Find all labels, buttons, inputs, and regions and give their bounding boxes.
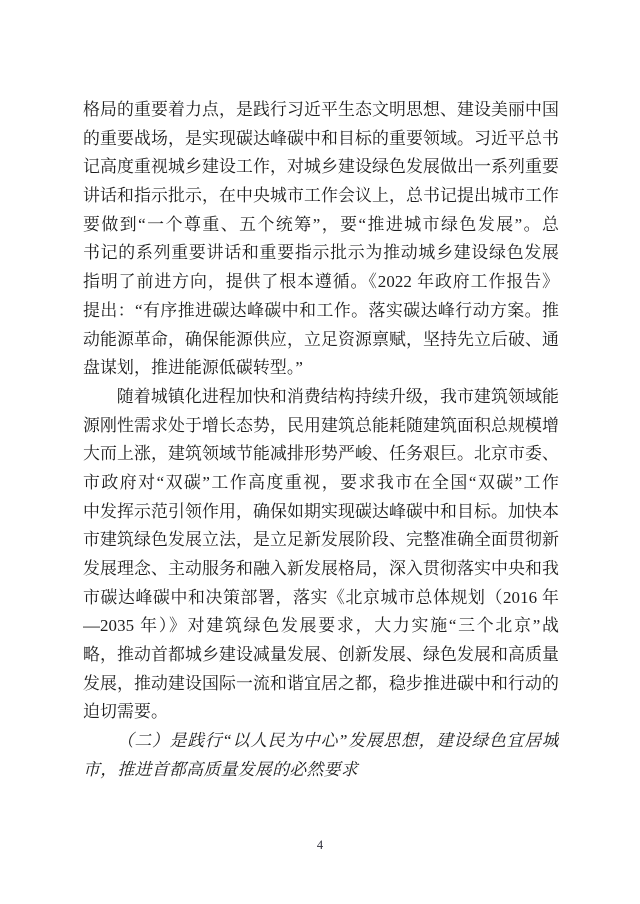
text-line: 市，推进首都高质量发展的必然要求 xyxy=(83,756,559,785)
text-line: —2035 年）》对建筑绿色发展要求，大力实施“三个北京”战 xyxy=(83,612,559,641)
text-line: 要做到“一个尊重、五个统筹”，要“推进城市绿色发展”。总 xyxy=(83,211,559,240)
document-page: 格局的重要着力点，是践行习近平生态文明思想、建设美丽中国的重要战场，是实现碳达峰… xyxy=(0,0,640,904)
text-line: 书记的系列重要讲话和重要指示批示为推动城乡建设绿色发展 xyxy=(83,239,559,268)
text-line: 迫切需要。 xyxy=(83,698,559,727)
document-body-text: 格局的重要着力点，是践行习近平生态文明思想、建设美丽中国的重要战场，是实现碳达峰… xyxy=(83,96,559,785)
page-number: 4 xyxy=(0,836,640,854)
text-line: 记高度重视城乡建设工作，对城乡建设绿色发展做出一系列重要 xyxy=(83,153,559,182)
text-line: 发展理念、主动服务和融入新发展格局，深入贯彻落实中央和我 xyxy=(83,555,559,584)
text-line: 市政府对“双碳”工作高度重视，要求我市在全国“双碳”工作 xyxy=(83,469,559,498)
text-line: 市建筑绿色发展立法，是立足新发展阶段、完整准确全面贯彻新 xyxy=(83,526,559,555)
text-line: 源刚性需求处于增长态势，民用建筑总能耗随建筑面积总规模增 xyxy=(83,412,559,441)
text-line: 格局的重要着力点，是践行习近平生态文明思想、建设美丽中国 xyxy=(83,96,559,125)
text-line: （二）是践行“以人民为中心”发展思想，建设绿色宜居城 xyxy=(83,727,559,756)
text-line: 提出：“有序推进碳达峰碳中和工作。落实碳达峰行动方案。推 xyxy=(83,297,559,326)
text-line: 大而上涨，建筑领域节能减排形势严峻、任务艰巨。北京市委、 xyxy=(83,440,559,469)
text-line: 指明了前进方向，提供了根本遵循。《2022 年政府工作报告》 xyxy=(83,268,559,297)
paragraph-urgent-need: 随着城镇化进程加快和消费结构持续升级，我市建筑领域能源刚性需求处于增长态势，民用… xyxy=(83,383,559,727)
text-line: 讲话和指示批示，在中央城市工作会议上，总书记提出城市工作 xyxy=(83,182,559,211)
text-line: 略，推动首都城乡建设减量发展、创新发展、绿色发展和高质量 xyxy=(83,641,559,670)
text-line: 盘谋划，推进能源低碳转型。” xyxy=(83,354,559,383)
text-line: 中发挥示范引领作用，确保如期实现碳达峰碳中和目标。加快本 xyxy=(83,498,559,527)
text-line: 动能源革命，确保能源供应，立足资源禀赋，坚持先立后破、通 xyxy=(83,326,559,355)
text-line: 发展，推动建设国际一流和谐宜居之都，稳步推进碳中和行动的 xyxy=(83,670,559,699)
paragraph-continuation: 格局的重要着力点，是践行习近平生态文明思想、建设美丽中国的重要战场，是实现碳达峰… xyxy=(83,96,559,383)
text-line: 市碳达峰碳中和决策部署，落实《北京城市总体规划（2016 年 xyxy=(83,584,559,613)
text-line: 随着城镇化进程加快和消费结构持续升级，我市建筑领域能 xyxy=(83,383,559,412)
heading-section-two: （二）是践行“以人民为中心”发展思想，建设绿色宜居城市，推进首都高质量发展的必然… xyxy=(83,727,559,784)
text-line: 的重要战场，是实现碳达峰碳中和目标的重要领域。习近平总书 xyxy=(83,125,559,154)
